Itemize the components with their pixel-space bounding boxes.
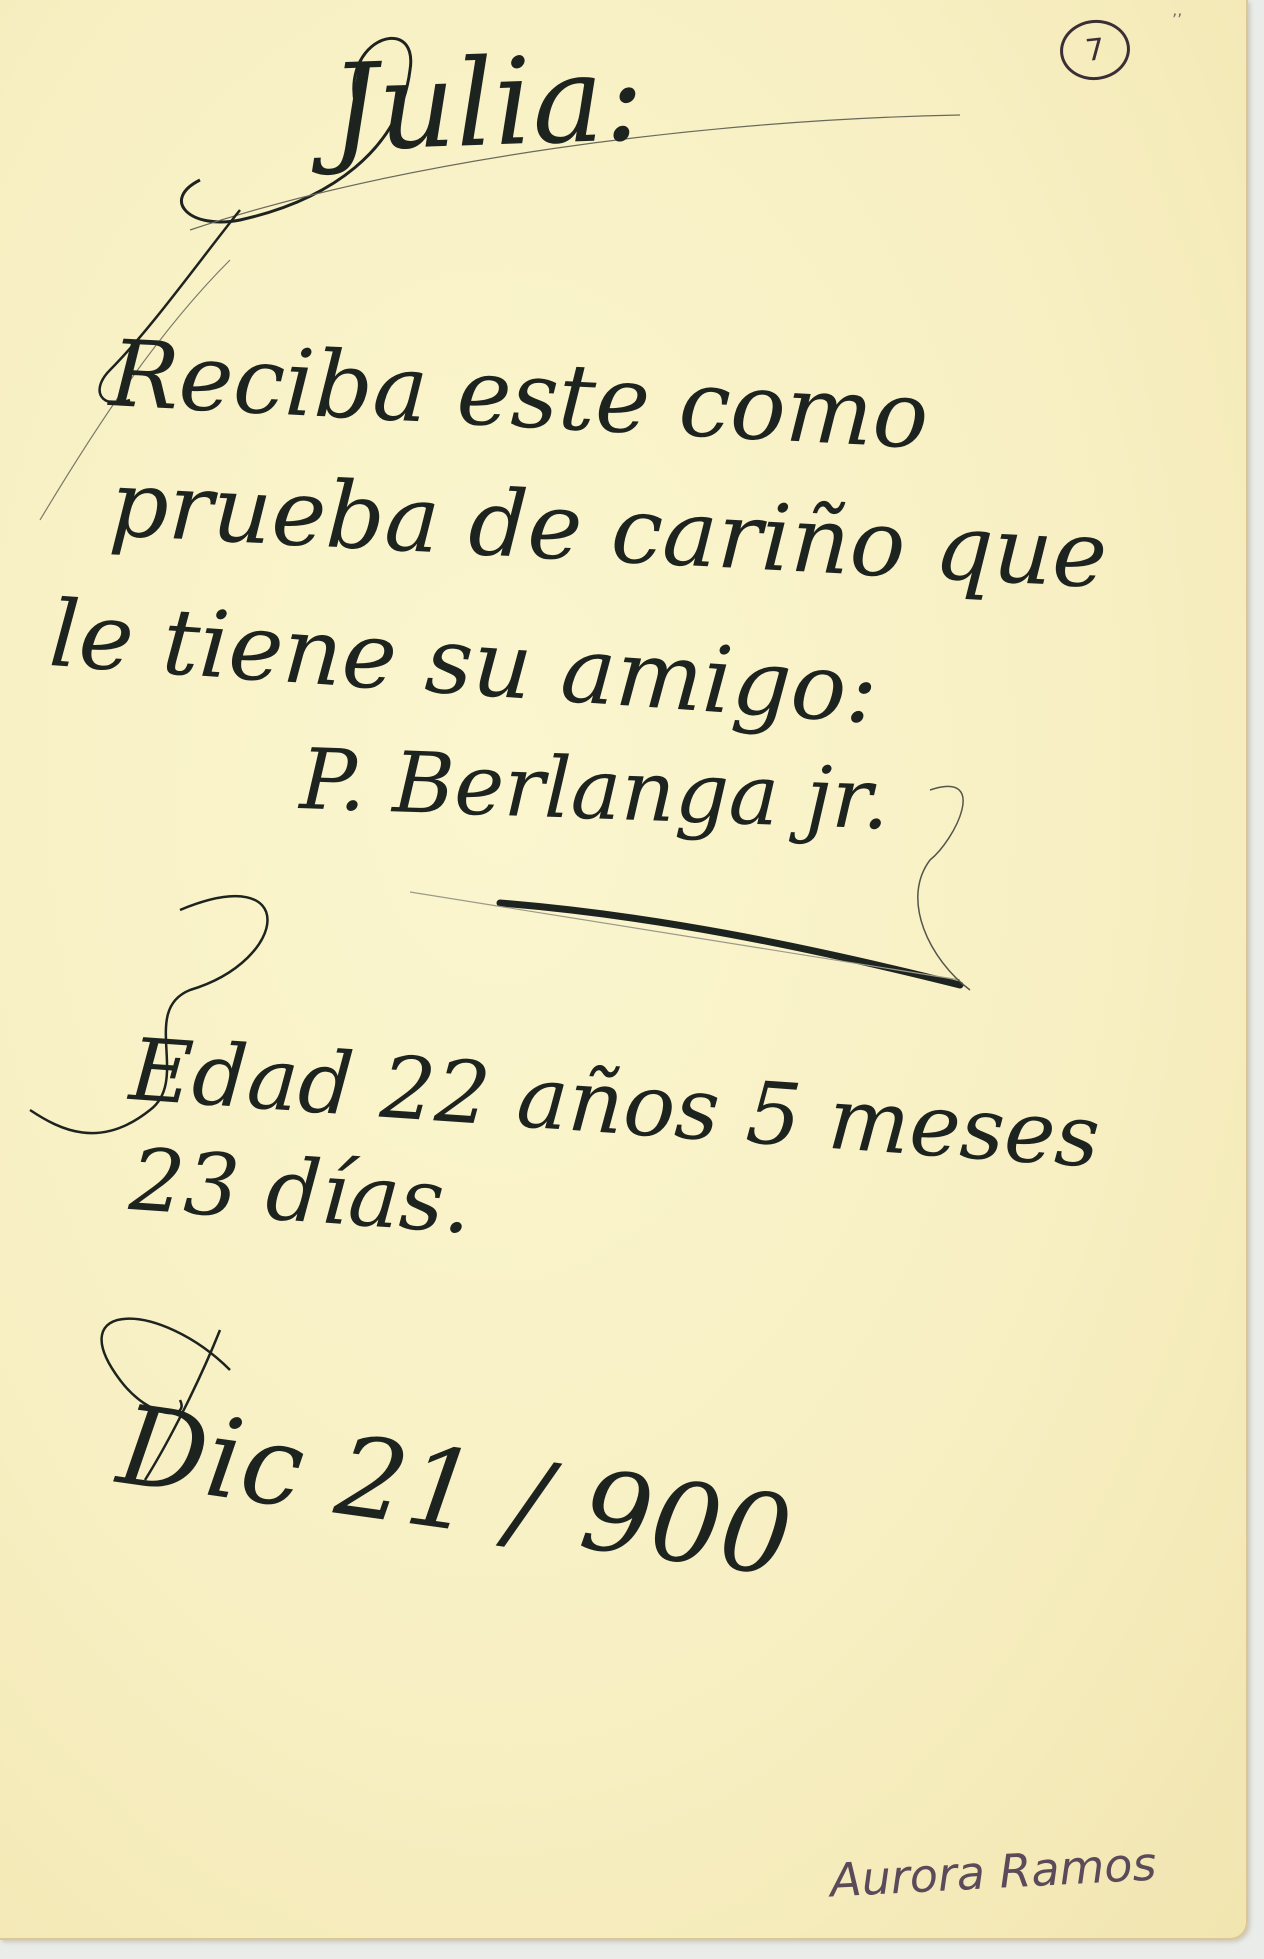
body-line-1: Reciba este como — [107, 320, 931, 470]
age-line-2: 23 días. — [127, 1130, 475, 1254]
body-line-2: prueba de cariño que — [107, 450, 1110, 609]
page-number-badge: 7 — [1057, 17, 1133, 84]
page-number: 7 — [1084, 32, 1107, 69]
date: Dic 21 / 900 — [111, 1381, 799, 1602]
corner-mark: ’’ — [1172, 10, 1182, 29]
signature: P. Berlanga jr. — [298, 730, 891, 849]
pencil-note: Aurora Ramos — [829, 1836, 1158, 1907]
pen-flourishes — [0, 0, 1246, 1938]
paper-sheet: 7 ’’ Julia: Reciba este como prueba de c… — [0, 0, 1248, 1940]
salutation: Julia: — [328, 29, 647, 179]
body-line-3: le tiene su amigo: — [46, 580, 881, 745]
